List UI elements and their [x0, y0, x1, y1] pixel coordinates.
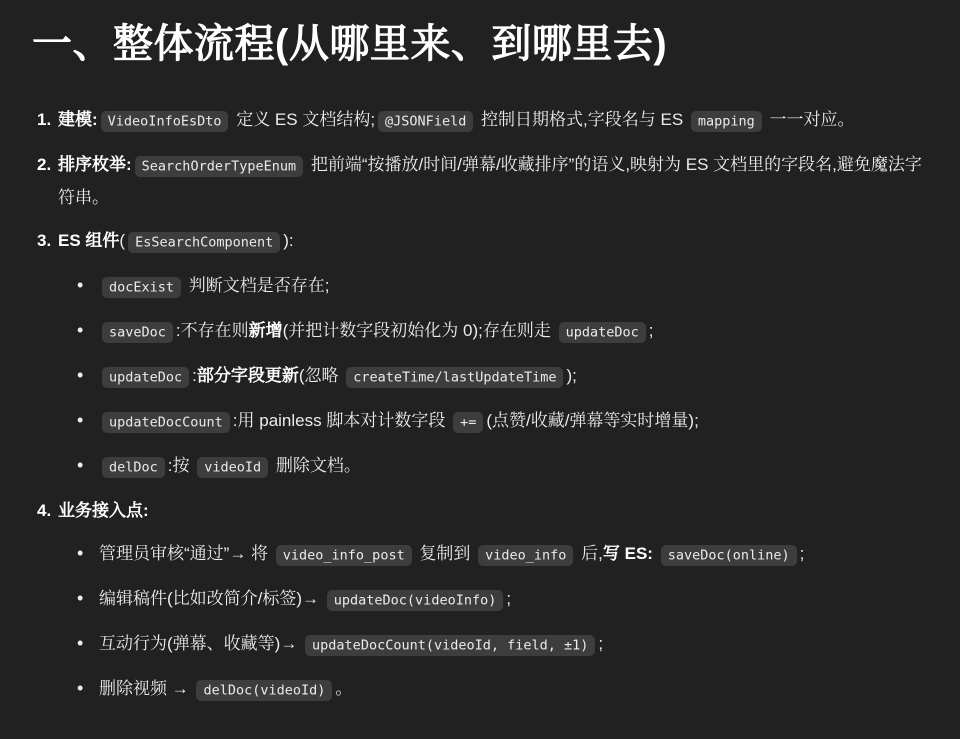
list-number: 4.	[32, 495, 58, 706]
text-segment: :不存在则	[176, 321, 249, 340]
list-item: 3.ES 组件(EsSearchComponent):•docExist 判断文…	[32, 225, 932, 483]
text-segment: 定义 ES 文档结构;	[231, 110, 375, 129]
bold-segment: 部分字段更新	[197, 366, 299, 385]
inline-code: docExist	[102, 277, 181, 298]
text-segment: 管理员审核“通过”→ 将	[99, 544, 273, 563]
bullet-icon: •	[58, 450, 99, 483]
list-item: 2.排序枚举:SearchOrderTypeEnum 把前端“按播放/时间/弹幕…	[32, 149, 932, 213]
inline-code: updateDoc	[102, 367, 189, 388]
bullet-icon: •	[58, 673, 99, 706]
page-title: 一、整体流程(从哪里来、到哪里去)	[32, 20, 932, 68]
text-segment	[653, 544, 658, 563]
rich-text-line: 编辑稿件(比如改简介/标签)→ updateDoc(videoInfo);	[99, 583, 511, 616]
list-item-body: 建模:VideoInfoEsDto 定义 ES 文档结构;@JSONField …	[58, 104, 932, 137]
list-number: 3.	[32, 225, 58, 483]
inline-code: SearchOrderTypeEnum	[135, 156, 303, 177]
bullet-item: •delDoc:按 videoId 删除文档。	[58, 450, 932, 483]
inline-code: +=	[453, 412, 483, 433]
text-segment: (忽略	[299, 366, 343, 385]
text-segment: 互动行为(弹幕、收藏等)→	[99, 634, 302, 653]
bullet-icon: •	[58, 583, 99, 616]
text-segment: ;	[800, 544, 805, 563]
inline-code: video_info	[478, 545, 573, 566]
rich-text-line: updateDocCount:用 painless 脚本对计数字段 +=(点赞/…	[99, 405, 699, 438]
text-segment: (并把计数字段初始化为 0);存在则走	[283, 321, 556, 340]
inline-code: updateDoc(videoInfo)	[327, 590, 504, 611]
text-segment: 后,	[576, 544, 602, 563]
inline-code: delDoc	[102, 457, 165, 478]
bullet-item: •互动行为(弹幕、收藏等)→ updateDocCount(videoId, f…	[58, 628, 932, 661]
text-segment: ;	[506, 589, 511, 608]
rich-text-line: 建模:VideoInfoEsDto 定义 ES 文档结构;@JSONField …	[58, 104, 932, 137]
inline-code: @JSONField	[378, 111, 473, 132]
inline-code: video_info_post	[276, 545, 412, 566]
ordered-list: 1.建模:VideoInfoEsDto 定义 ES 文档结构;@JSONFiel…	[32, 104, 932, 706]
bullet-item: •编辑稿件(比如改简介/标签)→ updateDoc(videoInfo);	[58, 583, 932, 616]
list-item-body: 业务接入点:•管理员审核“通过”→ 将 video_info_post 复制到 …	[58, 495, 932, 706]
bold-segment: 建模:	[58, 110, 98, 129]
rich-text-line: saveDoc:不存在则新增(并把计数字段初始化为 0);存在则走 update…	[99, 315, 653, 348]
rich-text-line: 删除视频 → delDoc(videoId)。	[99, 673, 352, 706]
inline-code: createTime/lastUpdateTime	[346, 367, 563, 388]
bullet-item: •删除视频 → delDoc(videoId)。	[58, 673, 932, 706]
text-segment: 判断文档是否存在;	[184, 276, 329, 295]
rich-text-line: 排序枚举:SearchOrderTypeEnum 把前端“按播放/时间/弹幕/收…	[58, 149, 932, 213]
inline-code: mapping	[691, 111, 762, 132]
bullet-item: •管理员审核“通过”→ 将 video_info_post 复制到 video_…	[58, 538, 932, 571]
list-item-body: 排序枚举:SearchOrderTypeEnum 把前端“按播放/时间/弹幕/收…	[58, 149, 932, 213]
text-segment: ):	[283, 231, 293, 250]
bullet-icon: •	[58, 405, 99, 438]
inline-code: updateDocCount	[102, 412, 230, 433]
list-item: 1.建模:VideoInfoEsDto 定义 ES 文档结构;@JSONFiel…	[32, 104, 932, 137]
bold-segment: ES 组件	[58, 231, 119, 250]
bullet-icon: •	[58, 628, 99, 661]
text-segment: 编辑稿件(比如改简介/标签)→	[99, 589, 324, 608]
text-segment: ;	[598, 634, 603, 653]
bold-segment: 业务接入点:	[58, 501, 149, 520]
text-segment: 删除视频 →	[99, 679, 193, 698]
inline-code: updateDocCount(videoId, field, ±1)	[305, 635, 595, 656]
inline-code: VideoInfoEsDto	[101, 111, 229, 132]
rich-text-line: 管理员审核“通过”→ 将 video_info_post 复制到 video_i…	[99, 538, 804, 571]
inline-code: delDoc(videoId)	[196, 680, 332, 701]
bold-segment: 排序枚举:	[58, 155, 132, 174]
text-segment: ;	[649, 321, 654, 340]
bold-segment: 写 ES:	[603, 544, 653, 563]
text-segment: 。	[335, 679, 352, 698]
list-item: 4.业务接入点:•管理员审核“通过”→ 将 video_info_post 复制…	[32, 495, 932, 706]
bullet-item: •updateDoc:部分字段更新(忽略 createTime/lastUpda…	[58, 360, 932, 393]
text-segment: :用 painless 脚本对计数字段	[233, 411, 450, 430]
rich-text-line: ES 组件(EsSearchComponent):	[58, 225, 932, 258]
bullet-item: •docExist 判断文档是否存在;	[58, 270, 932, 303]
bullet-icon: •	[58, 360, 99, 393]
rich-text-line: updateDoc:部分字段更新(忽略 createTime/lastUpdat…	[99, 360, 577, 393]
rich-text-line: 互动行为(弹幕、收藏等)→ updateDocCount(videoId, fi…	[99, 628, 603, 661]
inline-code: EsSearchComponent	[128, 232, 280, 253]
list-number: 1.	[32, 104, 58, 137]
text-segment: 一一对应。	[765, 110, 855, 129]
text-segment: 控制日期格式,字段名与 ES	[476, 110, 688, 129]
inline-code: saveDoc	[102, 322, 173, 343]
text-segment: (点赞/收藏/弹幕等实时增量);	[486, 411, 699, 430]
text-segment: 复制到	[415, 544, 475, 563]
rich-text-line: docExist 判断文档是否存在;	[99, 270, 329, 303]
bullet-item: •saveDoc:不存在则新增(并把计数字段初始化为 0);存在则走 updat…	[58, 315, 932, 348]
list-item-body: ES 组件(EsSearchComponent):•docExist 判断文档是…	[58, 225, 932, 483]
bullet-item: •updateDocCount:用 painless 脚本对计数字段 +=(点赞…	[58, 405, 932, 438]
document: 一、整体流程(从哪里来、到哪里去) 1.建模:VideoInfoEsDto 定义…	[0, 0, 960, 706]
list-number: 2.	[32, 149, 58, 213]
text-segment: (	[119, 231, 125, 250]
bullet-icon: •	[58, 538, 99, 571]
bold-segment: 新增	[249, 321, 283, 340]
inline-code: videoId	[197, 457, 268, 478]
rich-text-line: 业务接入点:	[58, 495, 932, 526]
inline-code: saveDoc(online)	[661, 545, 797, 566]
text-segment: 删除文档。	[271, 456, 361, 475]
bullet-icon: •	[58, 315, 99, 348]
text-segment: :按	[168, 456, 194, 475]
bullet-icon: •	[58, 270, 99, 303]
rich-text-line: delDoc:按 videoId 删除文档。	[99, 450, 361, 483]
text-segment: );	[566, 366, 576, 385]
inline-code: updateDoc	[559, 322, 646, 343]
